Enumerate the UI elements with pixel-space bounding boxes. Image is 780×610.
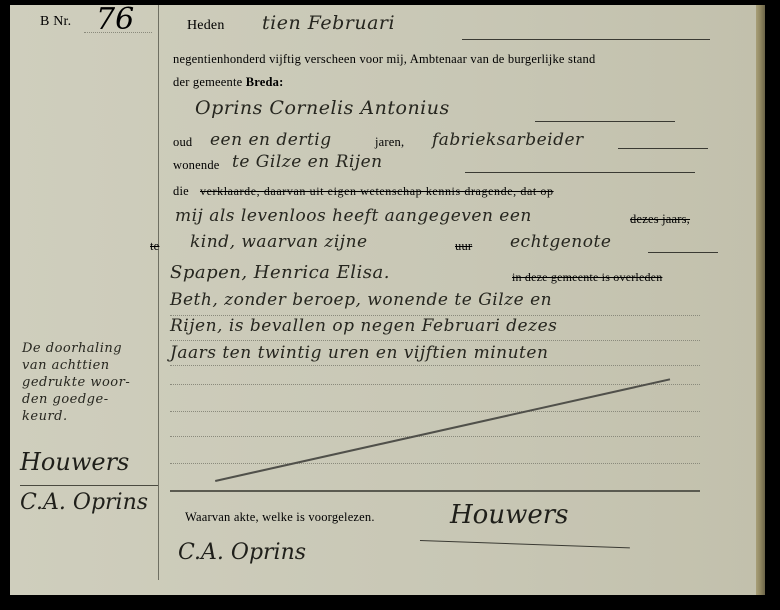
margin-note: De doorhaling van achttien gedrukte woor… <box>22 340 156 425</box>
book-binding-edge <box>756 5 765 595</box>
declarant-occupation: fabrieksarbeider <box>432 130 584 150</box>
margin-note-line: van achttien <box>22 357 156 374</box>
margin-declarant-signature: C.A. Oprins <box>20 490 148 515</box>
handwritten-line-2: Rijen, is bevallen op negen Februari dez… <box>170 316 557 336</box>
municipality-prefix: der gemeente <box>173 75 242 89</box>
heden-label: Heden <box>187 18 225 34</box>
municipality-label: der gemeente Breda: <box>173 75 283 90</box>
declarant-name: Oprins Cornelis Antonius <box>195 97 450 119</box>
residence-prefix: wonende <box>173 158 220 173</box>
typed-line-2: negentienhonderd vijftig verscheen voor … <box>173 52 595 67</box>
ruled-line <box>170 315 700 316</box>
fill-line <box>535 121 675 122</box>
handwritten-spouse: echtgenote <box>510 232 611 252</box>
handwritten-child: kind, waarvan zijne <box>190 232 368 252</box>
handwritten-line-1: Beth, zonder beroep, wonende te Gilze en <box>170 290 552 310</box>
struck-printed-text: dezes jaars, <box>630 212 690 227</box>
ruled-line <box>170 463 700 464</box>
fill-line <box>618 148 708 149</box>
age-prefix: oud <box>173 135 192 150</box>
handwritten-line-3: Jaars ten twintig uren en vijftien minut… <box>170 343 548 363</box>
margin-note-line: De doorhaling <box>22 340 156 357</box>
date-handwritten: tien Februari <box>262 12 395 34</box>
register-label: B Nr. <box>40 14 71 30</box>
register-number: 76 <box>96 2 134 37</box>
declarant-age: een en dertig <box>210 130 332 150</box>
fill-line <box>462 39 710 40</box>
margin-divider <box>158 5 159 580</box>
fill-line <box>648 252 718 253</box>
declarant-residence: te Gilze en Rijen <box>232 152 383 172</box>
struck-printed-text: uur <box>455 239 472 254</box>
declarant-signature: C.A. Oprins <box>178 540 306 565</box>
struck-printed-text: te <box>150 239 159 254</box>
ruled-line <box>170 365 700 366</box>
ruled-line <box>170 411 700 412</box>
age-unit: jaren, <box>375 135 404 150</box>
margin-note-line: den goedge- <box>22 391 156 408</box>
ruled-line <box>170 436 700 437</box>
municipality-name: Breda: <box>246 75 284 89</box>
margin-note-line: keurd. <box>22 408 156 425</box>
official-signature: Houwers <box>450 500 569 530</box>
struck-printed-text: verklaarde, daarvan uit eigen wetenschap… <box>200 184 554 199</box>
margin-note-line: gedrukte woor- <box>22 374 156 391</box>
mother-name: Spapen, Henrica Elisa. <box>170 262 390 283</box>
margin-official-signature: Houwers <box>20 448 129 476</box>
closing-text: Waarvan akte, welke is voorgelezen. <box>185 510 375 525</box>
struck-printed-text: in deze gemeente is overleden <box>512 270 662 285</box>
handwritten-stillborn: mij als levenloos heeft aangegeven een <box>175 206 532 226</box>
ruled-line <box>170 384 700 385</box>
die-label: die <box>173 184 189 199</box>
fill-line <box>465 172 695 173</box>
ruled-line <box>170 340 700 341</box>
section-end-line <box>170 490 700 492</box>
margin-rule <box>20 485 158 486</box>
